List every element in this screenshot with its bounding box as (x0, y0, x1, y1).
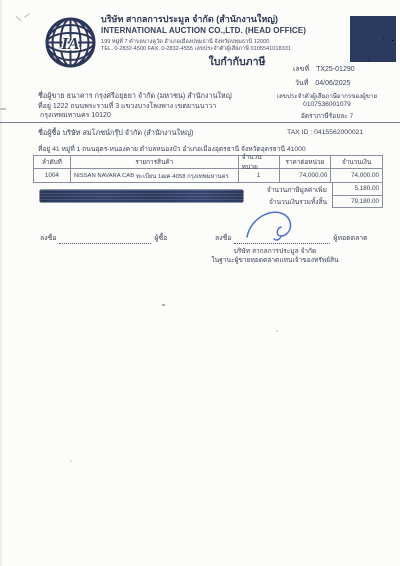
table-row: 1004 NISSAN NAVARA CAB ทะเบียน 1ฒค-4058 … (33, 169, 383, 183)
auctioneer-signature-line: ลงชื่อ ผู้ทอดตลาด (215, 233, 368, 244)
signature-dotted-line (234, 237, 330, 244)
company-name-thai: บริษัท สากลการประมูล จำกัด (สำนักงานใหญ่… (101, 14, 278, 25)
scan-speck (276, 330, 278, 332)
document-title: ใบกำกับภาษี (167, 53, 307, 70)
auctioneer-role-label: ผู้ทอดตลาด (333, 233, 367, 244)
header-amount: จำนวนเงิน (331, 156, 382, 168)
auctioneer-note: ในฐานะผู้ขายทอดตลาดแทนเจ้าของทรัพย์สิน (192, 254, 358, 265)
item-unit-price: 74,000.00 (280, 169, 332, 182)
item-amount: 74,000.00 (331, 169, 382, 182)
scan-edge-shade (0, 0, 3, 566)
invoice-number-label: เลขที่ (293, 66, 309, 73)
signature-dotted-line (59, 237, 151, 244)
header-quantity: จำนวนหน่วย (239, 156, 280, 168)
item-quantity: 1 (239, 169, 280, 182)
seller-address-line2: กรุงเทพมหานคร 10120 (40, 110, 111, 121)
seller-tax-label: เลขประจำตัวผู้เสียภาษีอากรของผู้ขาย (256, 91, 398, 101)
globe-logo-icon: IA (44, 16, 97, 69)
company-phone-tax-line: TEL. 0-2832-4500 FAX. 0-2832-4555 เลขประ… (101, 45, 291, 53)
scan-speck (162, 304, 165, 306)
pencil-mark (24, 13, 29, 17)
item-vehicle: NISSAN NAVARA CAB (74, 173, 134, 179)
qr-code-icon (350, 16, 396, 62)
sign-label: ลงชื่อ (215, 233, 231, 244)
vat-rate-line: อัตราภาษีร้อยละ 7 (256, 110, 398, 121)
svg-text:IA: IA (61, 34, 80, 53)
seller-tax-id: 0107536001079 (256, 101, 398, 108)
invoice-date: 04/06/2025 (315, 80, 350, 87)
grand-total-amount: 79,180.00 (332, 196, 383, 209)
item-description: NISSAN NAVARA CAB ทะเบียน 1ฒค-4058 กรุงเ… (71, 169, 239, 182)
item-registration: ทะเบียน 1ฒค-4058 กรุงเทพมหานคร (136, 171, 229, 181)
table-header-row: ลำดับที่ รายการสินค้า จำนวนหน่วย ราคาต่อ… (33, 155, 383, 169)
scan-artifact (0, 108, 6, 110)
buyer-name: ชื่อผู้ซื้อ บริษัท สมโภชน์กรุ๊ป จำกัด (ส… (38, 128, 193, 139)
invoice-number: TX25-01290 (316, 66, 355, 73)
divider-rule (0, 122, 400, 123)
header-no: ลำดับที่ (34, 156, 71, 168)
vat-amount: 5,180.00 (332, 183, 383, 196)
header-unit-price: ราคาต่อหน่วย (280, 156, 332, 168)
qr-code (350, 16, 396, 62)
company-logo: IA (44, 16, 97, 69)
buyer-role-label: ผู้ซื้อ (154, 233, 167, 244)
pencil-mark (15, 16, 21, 21)
buyer-tax-id: TAX ID : 0415562000021 (287, 129, 363, 136)
header-description: รายการสินค้า (71, 156, 239, 168)
company-name-english: INTERNATIONAL AUCTION CO.,LTD. (HEAD OFF… (101, 26, 306, 35)
invoice-date-label: วันที่ (295, 80, 308, 87)
redaction-bar (40, 190, 243, 202)
buyer-signature-line: ลงชื่อ ผู้ซื้อ (40, 233, 167, 244)
invoice-number-line: เลขที่TX25-01290 (293, 64, 355, 75)
sign-label: ลงชื่อ (40, 233, 56, 244)
invoice-date-line: วันที่04/06/2025 (295, 78, 350, 89)
item-no: 1004 (34, 169, 71, 182)
scan-speck (70, 460, 72, 462)
